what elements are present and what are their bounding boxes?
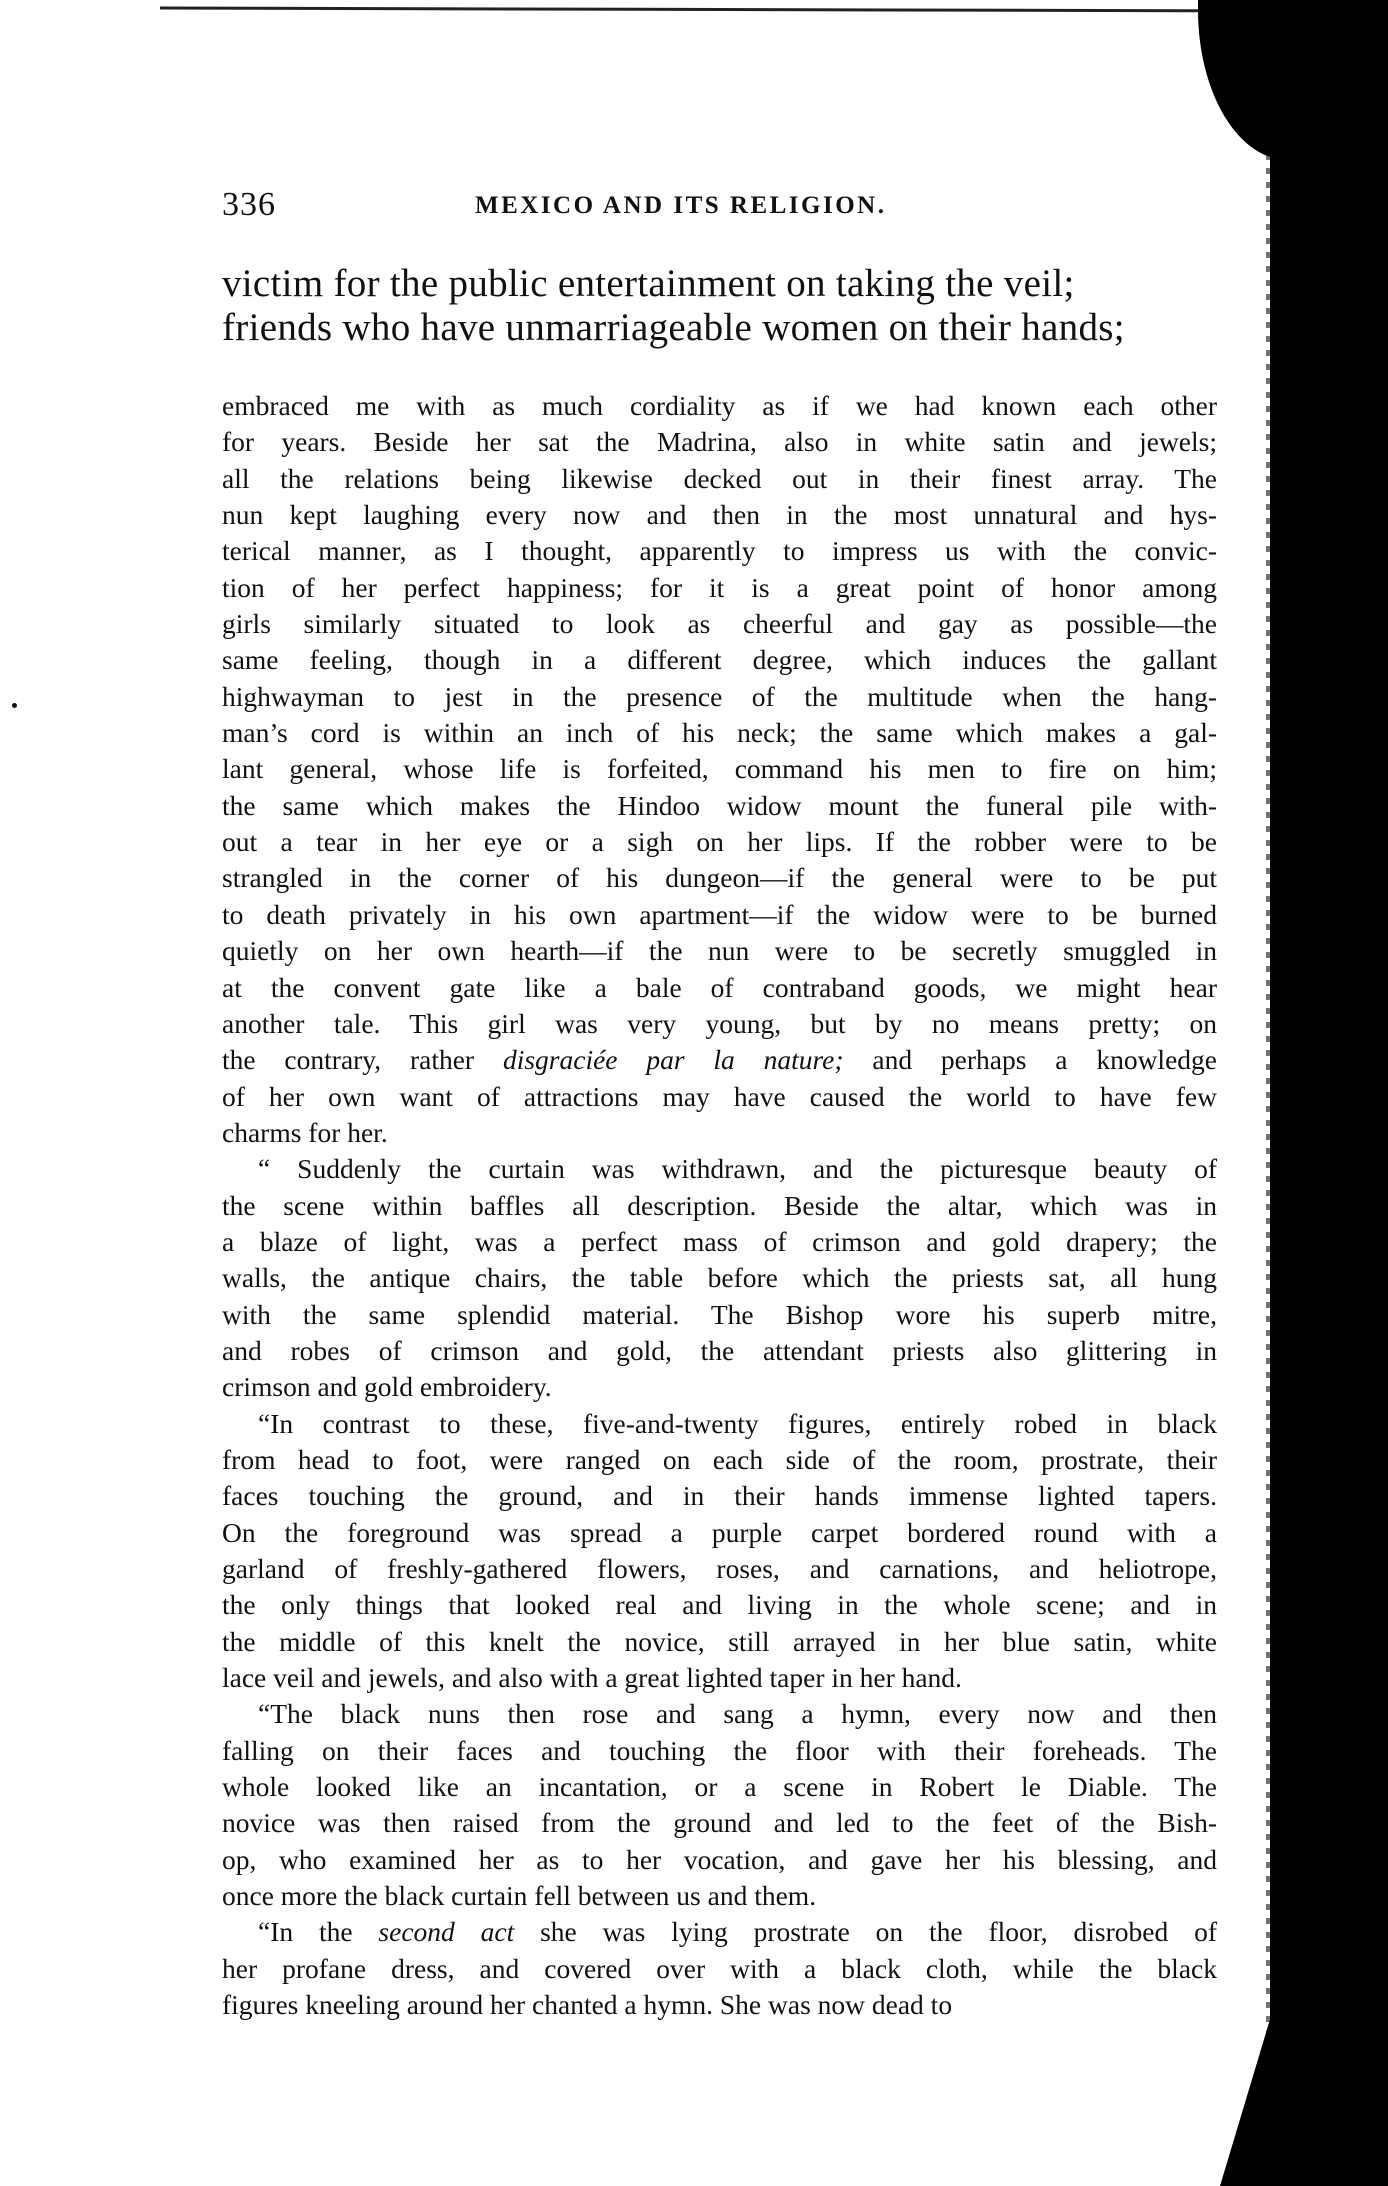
text-line: embraced me with as much cordiality as i… — [222, 388, 1217, 424]
body-text: embraced me with as much cordiality as i… — [222, 388, 1217, 2023]
text-line: and robes of crimson and gold, the atten… — [222, 1333, 1217, 1369]
text-line: garland of freshly-gathered flowers, ros… — [222, 1551, 1217, 1587]
text-line: falling on their faces and touching the … — [222, 1733, 1217, 1769]
text-line: crimson and gold embroidery. — [222, 1369, 1217, 1405]
text-line: with the same splendid material. The Bis… — [222, 1297, 1217, 1333]
scan-bottom-shadow — [1220, 1986, 1280, 2186]
text-line: the same which makes the Hindoo widow mo… — [222, 788, 1217, 824]
text-line: the contrary, rather disgraciée par la n… — [222, 1042, 1217, 1078]
text-line: novice was then raised from the ground a… — [222, 1805, 1217, 1841]
text-line: the middle of this knelt the novice, sti… — [222, 1624, 1217, 1660]
paragraph: embraced me with as much cordiality as i… — [222, 388, 1217, 1151]
running-title: MEXICO AND ITS RELIGION. — [475, 192, 886, 220]
text-line: all the relations being likewise decked … — [222, 461, 1217, 497]
text-line: same feeling, though in a different degr… — [222, 642, 1217, 678]
text-line: figures kneeling around her chanted a hy… — [222, 1987, 1217, 2023]
text-line: tion of her perfect happiness; for it is… — [222, 570, 1217, 606]
scan-top-edge — [160, 7, 1280, 13]
text-line: of her own want of attractions may have … — [222, 1079, 1217, 1115]
text-line: man’s cord is within an inch of his neck… — [222, 715, 1217, 751]
text-line: her profane dress, and covered over with… — [222, 1951, 1217, 1987]
text-line: the scene within baffles all description… — [222, 1188, 1217, 1224]
text-line: whole looked like an incantation, or a s… — [222, 1769, 1217, 1805]
text-line: the only things that looked real and liv… — [222, 1587, 1217, 1623]
text-line: “The black nuns then rose and sang a hym… — [222, 1696, 1217, 1732]
scan-right-shadow — [1270, 0, 1388, 2186]
text-line: lant general, whose life is forfeited, c… — [222, 751, 1217, 787]
large-text-block: victim for the public entertainment on t… — [222, 262, 1222, 350]
text-line: another tale. This girl was very young, … — [222, 1006, 1217, 1042]
text-line: op, who examined her as to her vocation,… — [222, 1842, 1217, 1878]
text-line: quietly on her own hearth—if the nun wer… — [222, 933, 1217, 969]
text-line: for years. Beside her sat the Madrina, a… — [222, 424, 1217, 460]
text-line: “In contrast to these, five-and-twenty f… — [222, 1406, 1217, 1442]
text-line: charms for her. — [222, 1115, 1217, 1151]
text-line: a blaze of light, was a perfect mass of … — [222, 1224, 1217, 1260]
paragraph: “ Suddenly the curtain was withdrawn, an… — [222, 1151, 1217, 1405]
scan-ragged-edge — [1266, 140, 1280, 2090]
text-line: highwayman to jest in the presence of th… — [222, 679, 1217, 715]
text-line: nun kept laughing every now and then in … — [222, 497, 1217, 533]
text-line: from head to foot, were ranged on each s… — [222, 1442, 1217, 1478]
text-line: girls similarly situated to look as chee… — [222, 606, 1217, 642]
text-line: terical manner, as I thought, apparently… — [222, 533, 1217, 569]
page-header: 336 MEXICO AND ITS RELIGION. — [222, 186, 1272, 226]
page-number: 336 — [222, 186, 276, 224]
scan-speck — [12, 703, 17, 708]
scan-page-curl — [1198, 0, 1288, 160]
text-line: “ Suddenly the curtain was withdrawn, an… — [222, 1151, 1217, 1187]
text-line: strangled in the corner of his dungeon—i… — [222, 860, 1217, 896]
text-line: out a tear in her eye or a sigh on her l… — [222, 824, 1217, 860]
italic-phrase: second act — [378, 1916, 514, 1947]
text-line: at the convent gate like a bale of contr… — [222, 970, 1217, 1006]
text-line: faces touching the ground, and in their … — [222, 1478, 1217, 1514]
italic-phrase: disgraciée par la nature; — [503, 1044, 844, 1075]
text-line: lace veil and jewels, and also with a gr… — [222, 1660, 1217, 1696]
text-line: “In the second act she was lying prostra… — [222, 1914, 1217, 1950]
paragraph: “The black nuns then rose and sang a hym… — [222, 1696, 1217, 1914]
text-line: walls, the antique chairs, the table bef… — [222, 1260, 1217, 1296]
text-line: On the foreground was spread a purple ca… — [222, 1515, 1217, 1551]
paragraph: “In contrast to these, five-and-twenty f… — [222, 1406, 1217, 1697]
large-text-line: friends who have unmarriageable women on… — [222, 306, 1222, 350]
large-text-line: victim for the public entertainment on t… — [222, 262, 1222, 306]
paragraph: “In the second act she was lying prostra… — [222, 1914, 1217, 2023]
text-line: once more the black curtain fell between… — [222, 1878, 1217, 1914]
text-line: to death privately in his own apartment—… — [222, 897, 1217, 933]
